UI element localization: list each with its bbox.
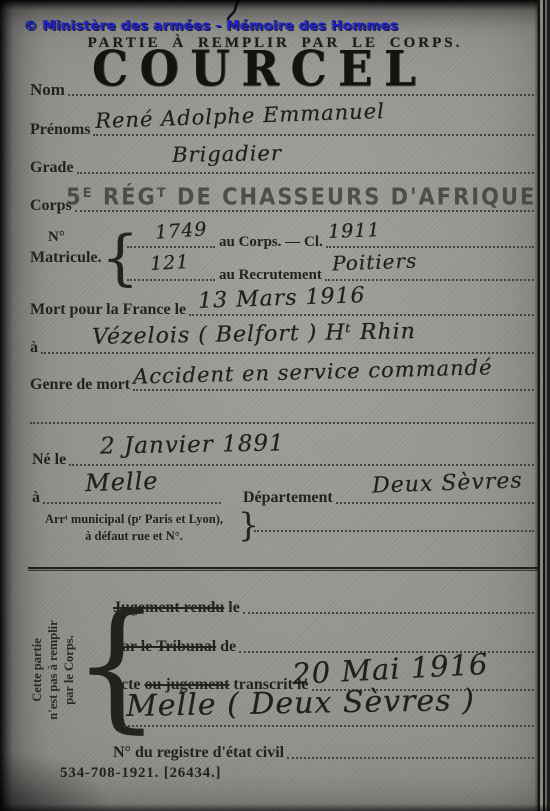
dotted-line bbox=[43, 502, 221, 504]
dotted-line bbox=[30, 422, 534, 424]
jugement-label-struck: Jugement rendu bbox=[113, 598, 224, 618]
dotted-line bbox=[93, 134, 534, 136]
ne-lieu-label: à bbox=[32, 488, 40, 508]
dotted-line bbox=[127, 279, 215, 281]
matricule-corps-handwritten-value: 1749 bbox=[154, 218, 208, 244]
dotted-line bbox=[69, 464, 534, 466]
arrondissement-label-line1: Arrᵗ municipal (pʳ Paris et Lyon), bbox=[30, 511, 238, 528]
grade-handwritten-value: Brigadier bbox=[172, 141, 282, 167]
grade-label: Grade bbox=[30, 158, 74, 178]
genre-label: Genre de mort bbox=[30, 375, 130, 395]
scan-corner-shadow bbox=[0, 751, 110, 811]
dotted-line bbox=[75, 210, 534, 212]
registre-label: N° du registre d'état civil bbox=[113, 743, 284, 763]
row-registre: N° du registre d'état civil bbox=[113, 739, 534, 763]
matricule-label-line2: Matricule. bbox=[30, 249, 102, 267]
dotted-line bbox=[254, 530, 534, 532]
dotted-line bbox=[326, 246, 534, 248]
dotted-line bbox=[133, 389, 534, 391]
matricule-recrutement-handwritten-value: 121 bbox=[149, 251, 189, 275]
section-divider-rule bbox=[28, 567, 542, 572]
surname-stamp: COURCEL bbox=[92, 40, 427, 97]
scan-edge-top bbox=[0, 0, 550, 10]
jugement-label-rest: le bbox=[228, 598, 240, 618]
transcription-place-handwritten-value: Melle ( Deux Sèvres ) bbox=[126, 683, 475, 724]
dotted-line bbox=[287, 757, 534, 759]
au-corps-label: au Corps. — Cl. bbox=[219, 232, 323, 252]
side-note-line2: n'est pas à remplir bbox=[45, 595, 61, 745]
scanned-death-record-card: © Ministère des armées - Mémoire des Hom… bbox=[0, 0, 550, 811]
arrondissement-label: Arrᵗ municipal (pʳ Paris et Lyon), à déf… bbox=[30, 511, 238, 545]
row-arrondissement-line bbox=[254, 520, 534, 536]
dotted-line bbox=[77, 172, 534, 174]
mort-lieu-label: à bbox=[30, 338, 38, 358]
transcription-lieu-label: à bbox=[113, 711, 121, 731]
classe-handwritten-value: 1911 bbox=[328, 219, 381, 243]
row-jugement-rendu: Jugement rendu le bbox=[113, 594, 534, 618]
birth-place-handwritten-value: Melle bbox=[85, 467, 159, 498]
tribunal-label-struck: par le Tribunal bbox=[113, 637, 216, 657]
corps-regiment-stamp: 5ᴱ RÉGᵀ DE CHASSEURS D'AFRIQUE bbox=[66, 183, 536, 210]
recrutement-place-handwritten-value: Poitiers bbox=[332, 249, 418, 276]
departement-handwritten-value: Deux Sèvres bbox=[372, 468, 523, 498]
scan-edge-right bbox=[535, 0, 550, 811]
dotted-line bbox=[336, 502, 534, 504]
dotted-line bbox=[325, 279, 534, 281]
ne-label: Né le bbox=[32, 450, 66, 470]
dotted-line bbox=[127, 246, 215, 248]
nom-label: Nom bbox=[30, 80, 65, 100]
mort-label: Mort pour la France le bbox=[30, 300, 186, 320]
copyright-watermark: © Ministère des armées - Mémoire des Hom… bbox=[24, 18, 399, 34]
birth-date-handwritten-value: 2 Janvier 1891 bbox=[100, 430, 285, 459]
side-note-line1: Cette partie bbox=[29, 595, 45, 745]
dotted-line bbox=[124, 725, 534, 727]
dotted-line bbox=[41, 352, 534, 354]
prenoms-label: Prénoms bbox=[30, 120, 90, 140]
matricule-label-line1: N° bbox=[48, 229, 65, 246]
arrondissement-label-line2: à défaut rue et N°. bbox=[30, 528, 238, 545]
au-recrutement-label: au Recrutement bbox=[219, 265, 322, 285]
row-empty-line bbox=[30, 412, 534, 428]
dotted-line bbox=[243, 612, 534, 614]
dotted-line bbox=[189, 314, 534, 316]
tribunal-label-rest: de bbox=[220, 637, 236, 657]
scan-edge-left bbox=[0, 0, 13, 811]
